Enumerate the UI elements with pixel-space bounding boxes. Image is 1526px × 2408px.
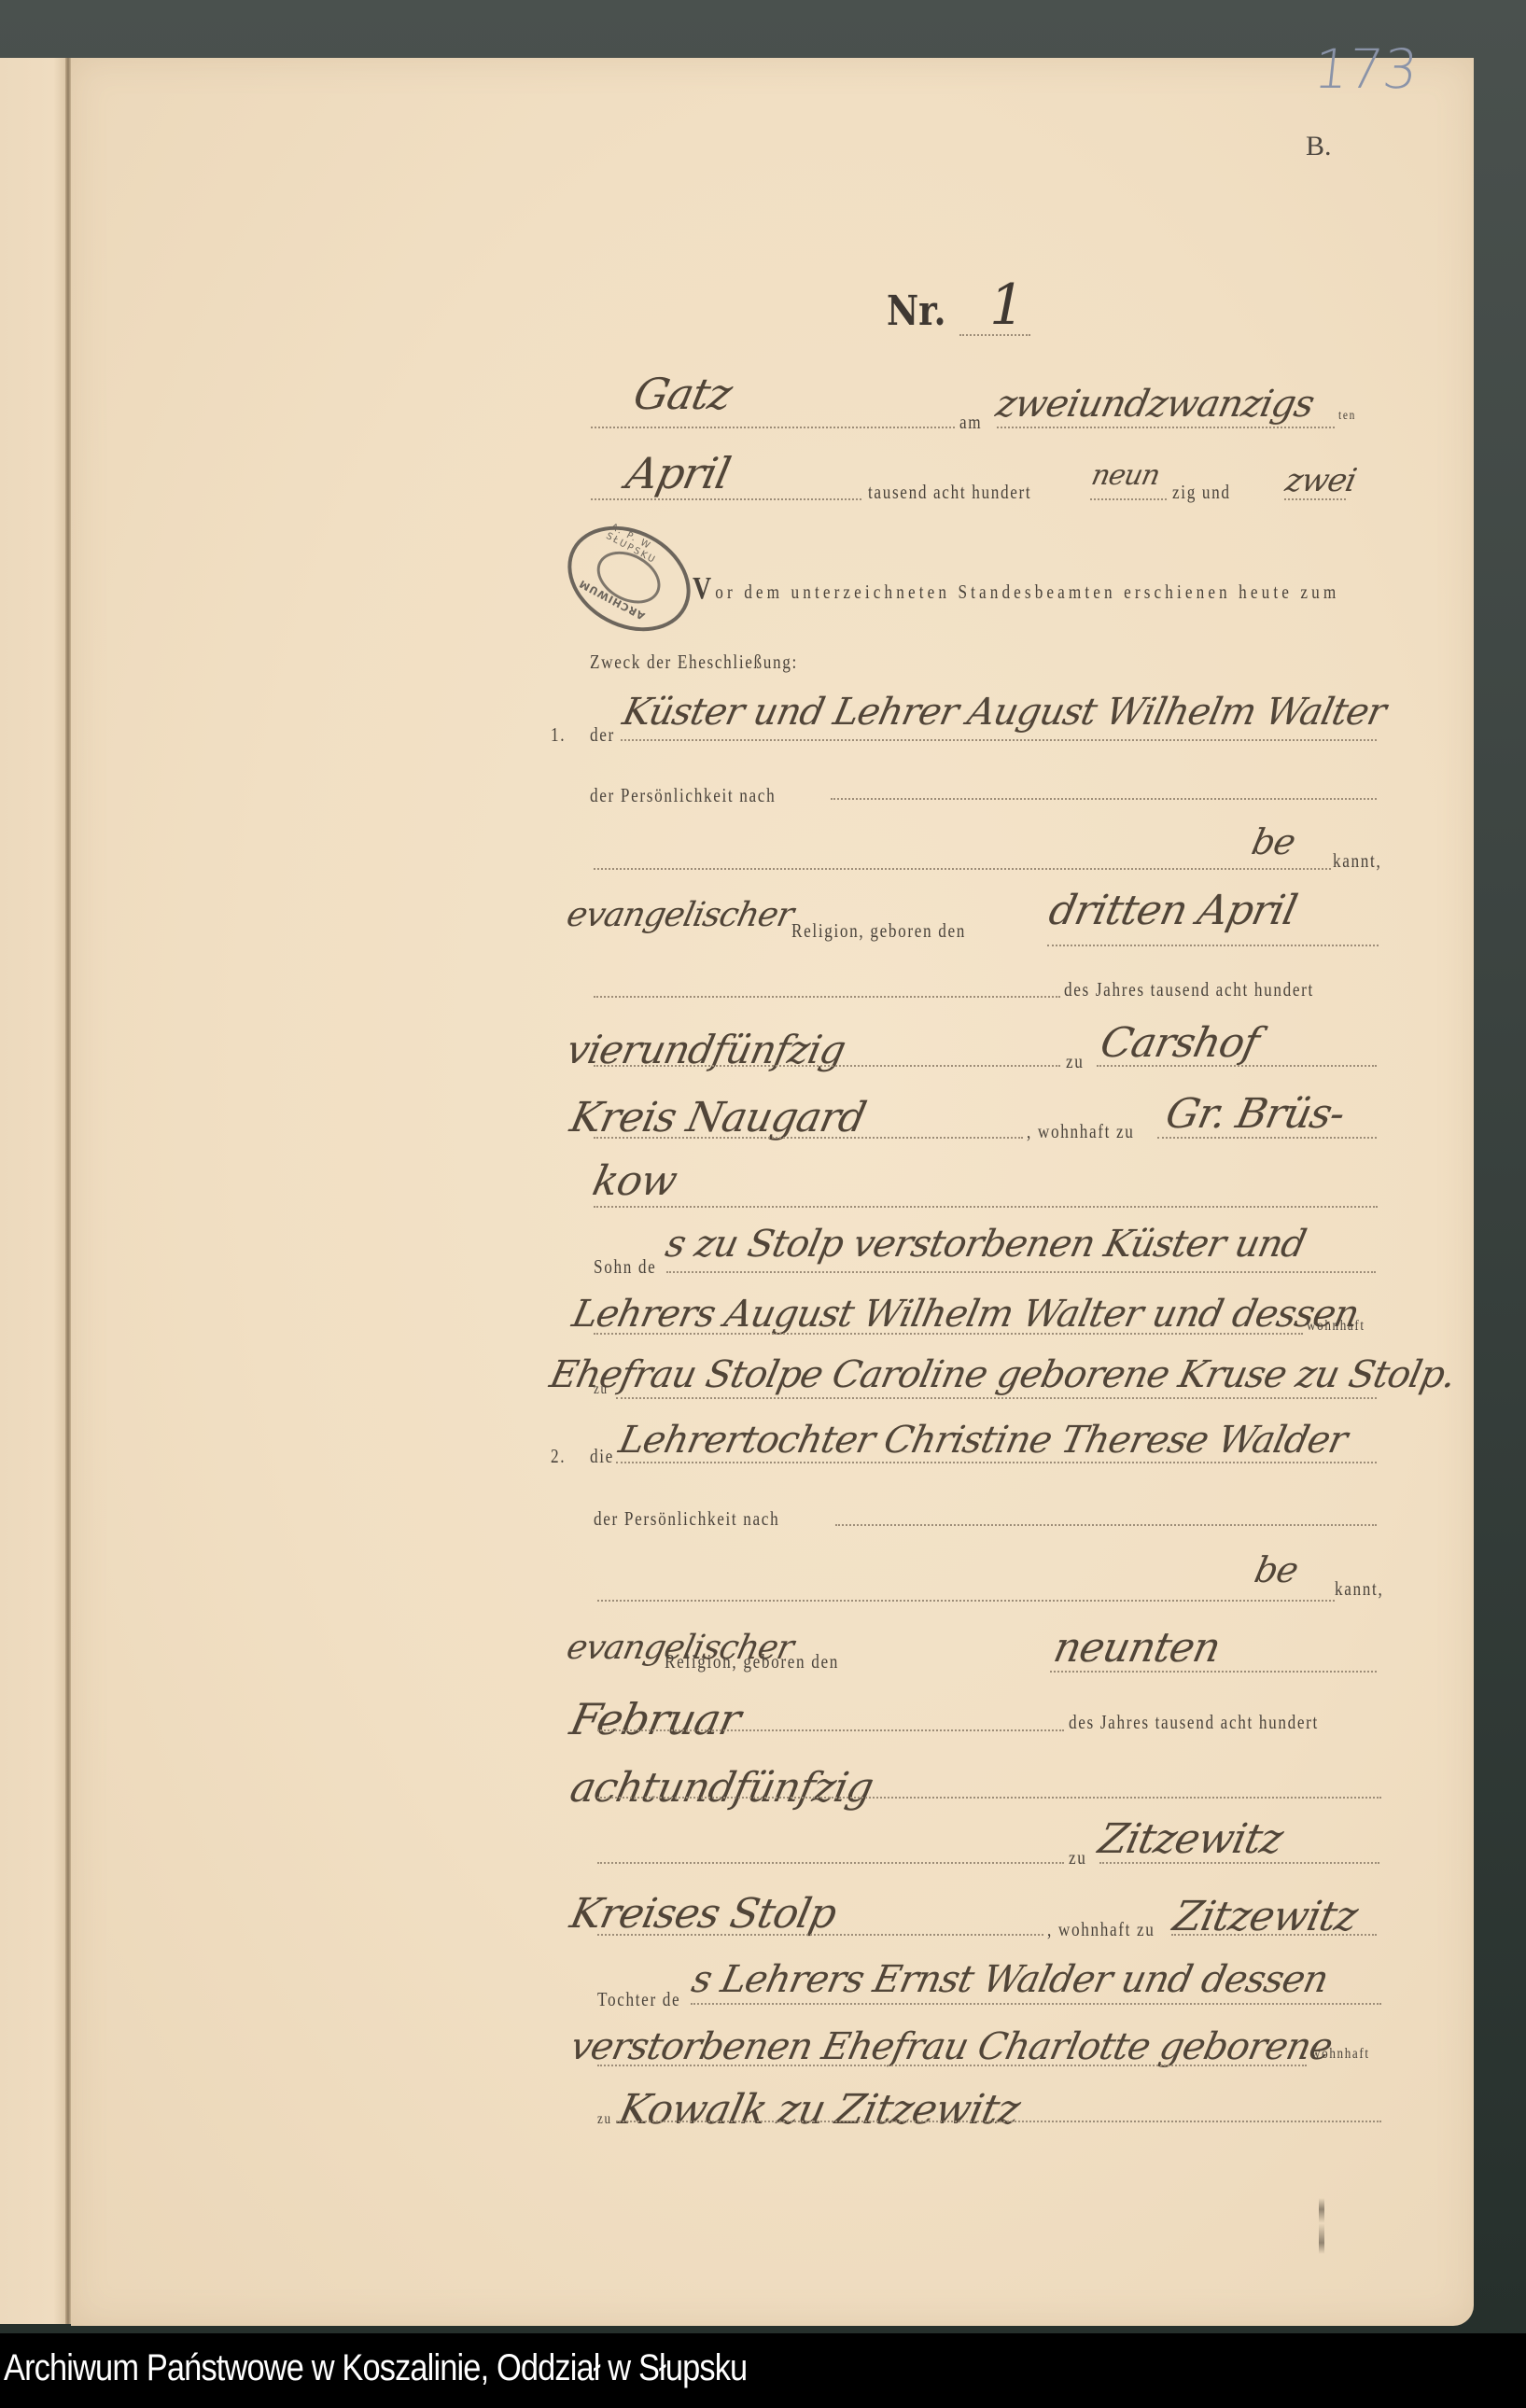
- bride-parents-line1: s Lehrers Ernst Walder und dessen: [688, 1958, 1332, 2001]
- dotted-line: [616, 2121, 1381, 2122]
- groom-number: 1.: [551, 723, 566, 747]
- bride-occupation-name: Lehrertochter Christine Therese Walder: [615, 1419, 1351, 1462]
- bride-jahres-label: des Jahres tausend acht hundert: [1069, 1711, 1319, 1734]
- groom-wohnhaft-print: wohnhaft: [1307, 1318, 1365, 1335]
- intro-line: Vor dem unterzeichneten Standesbeamten e…: [693, 571, 1339, 607]
- groom-district: Kreis Naugard: [567, 1094, 870, 1141]
- intro-initial: V: [693, 571, 715, 606]
- groom-sohn-label: Sohn de: [594, 1255, 656, 1279]
- decade-handwritten: neun: [1088, 459, 1162, 492]
- left-page-edge: [0, 58, 67, 2324]
- am-label: am: [959, 411, 982, 434]
- groom-der-label: der: [590, 723, 615, 747]
- bride-number: 2.: [551, 1445, 566, 1468]
- dotted-line: [616, 1397, 1377, 1399]
- bride-bekannt-label: kannt,: [1335, 1577, 1383, 1601]
- groom-birth-day-month: dritten April: [1045, 887, 1301, 934]
- groom-religion-handwritten: evangelischer: [564, 896, 797, 934]
- dotted-line: [597, 1729, 1064, 1731]
- bride-identity-label: der Persönlichkeit nach: [594, 1507, 779, 1531]
- purpose-line: Zweck der Eheschließung:: [590, 651, 798, 674]
- dotted-line: [997, 427, 1335, 428]
- dotted-line: [616, 1462, 1377, 1463]
- bride-parents-line3: Kowalk zu Zitzewitz: [615, 2086, 1024, 2134]
- groom-religion-label: Religion, geboren den: [791, 919, 966, 943]
- dotted-line: [831, 798, 1377, 800]
- groom-bekannt-handwritten: be: [1248, 821, 1298, 862]
- day-handwritten: zweiundzwanzigs: [992, 383, 1318, 426]
- bride-parents-line2: verstorbenen Ehefrau Charlotte geborene: [567, 2025, 1336, 2068]
- dotted-line: [666, 1271, 1376, 1273]
- series-letter: B.: [1306, 131, 1332, 162]
- groom-bekannt-label: kannt,: [1333, 849, 1381, 873]
- dotted-line: [1284, 498, 1346, 500]
- dotted-line: [1171, 1934, 1377, 1936]
- bride-birth-month: Februar: [566, 1694, 745, 1744]
- dotted-line: [597, 1600, 1335, 1602]
- groom-parents-line3: Ehefrau Stolpe Caroline geborene Kruse z…: [546, 1353, 1459, 1396]
- bride-die-label: die: [590, 1445, 614, 1468]
- bride-birth-year: achtundfünfzig: [567, 1764, 877, 1812]
- dotted-line: [594, 868, 1331, 870]
- dotted-line: [591, 427, 955, 428]
- groom-identity-label: der Persönlichkeit nach: [590, 784, 776, 807]
- archive-caption: Archiwum Państwowe w Koszalinie, Oddział…: [4, 2347, 747, 2389]
- groom-parents-line2: Lehrers August Wilhelm Walter und dessen: [568, 1293, 1363, 1336]
- dotted-line: [594, 1206, 1378, 1208]
- intro-text: or dem unterzeichneten Standesbeamten er…: [715, 581, 1339, 603]
- bride-tochter-label: Tochter de: [597, 1988, 680, 2011]
- month-handwritten: April: [622, 448, 735, 498]
- bride-bekannt-handwritten: be: [1251, 1549, 1301, 1590]
- record-number-label: Nr.: [887, 287, 945, 335]
- ink-mark: [1319, 2198, 1324, 2254]
- bride-religion-label: Religion, geboren den: [665, 1650, 839, 1673]
- folio-number: 173: [1310, 37, 1421, 101]
- zig-und-label: zig und: [1172, 481, 1231, 504]
- bride-zu-print: zu: [597, 2111, 612, 2128]
- bride-zu-label: zu: [1069, 1846, 1087, 1869]
- dotted-line: [1097, 1065, 1377, 1067]
- dotted-line: [621, 739, 1377, 741]
- dotted-line: [597, 1862, 1064, 1864]
- bride-district: Kreises Stolp: [567, 1890, 841, 1938]
- bride-wohnhaft-print: wohnhaft: [1311, 2046, 1370, 2063]
- year-unit-handwritten: zwei: [1282, 462, 1360, 499]
- dotted-line: [1047, 945, 1379, 946]
- groom-parents-line1: s zu Stolp verstorbenen Küster und: [662, 1223, 1309, 1266]
- groom-zu-label: zu: [1066, 1050, 1085, 1073]
- dotted-line: [594, 996, 1060, 998]
- groom-birthplace: Carshof: [1097, 1019, 1263, 1067]
- dotted-line: [591, 498, 861, 500]
- dotted-line: [594, 1065, 1060, 1067]
- dotted-line: [594, 1333, 1303, 1335]
- dotted-line: [594, 1137, 1023, 1139]
- groom-residence-line1: Gr. Brüs-: [1162, 1090, 1349, 1138]
- groom-occupation-name: Küster und Lehrer August Wilhelm Walter: [619, 691, 1389, 734]
- groom-wohnhaft-label: , wohnhaft zu: [1027, 1120, 1135, 1143]
- place-handwritten: Gatz: [629, 369, 735, 419]
- record-number-value: 1: [989, 273, 1025, 338]
- dotted-line: [597, 1797, 1381, 1799]
- year-prefix-label: tausend acht hundert: [868, 481, 1031, 504]
- bride-birth-day: neunten: [1050, 1624, 1225, 1672]
- groom-jahres-label: des Jahres tausend acht hundert: [1064, 978, 1314, 1001]
- dotted-line: [959, 334, 1030, 336]
- groom-residence-line2: kow: [589, 1157, 681, 1205]
- dotted-line: [1050, 1671, 1377, 1673]
- dotted-line: [597, 1934, 1043, 1936]
- dotted-line: [1099, 1862, 1379, 1864]
- dotted-line: [691, 2003, 1381, 2005]
- dotted-line: [1090, 498, 1167, 500]
- bride-wohnhaft-label: , wohnhaft zu: [1047, 1918, 1155, 1941]
- day-suffix-label: ten: [1338, 409, 1356, 424]
- dotted-line: [597, 2065, 1307, 2066]
- bride-birthplace: Zitzewitz: [1095, 1815, 1287, 1863]
- dotted-line: [835, 1524, 1377, 1526]
- dotted-line: [1157, 1137, 1377, 1139]
